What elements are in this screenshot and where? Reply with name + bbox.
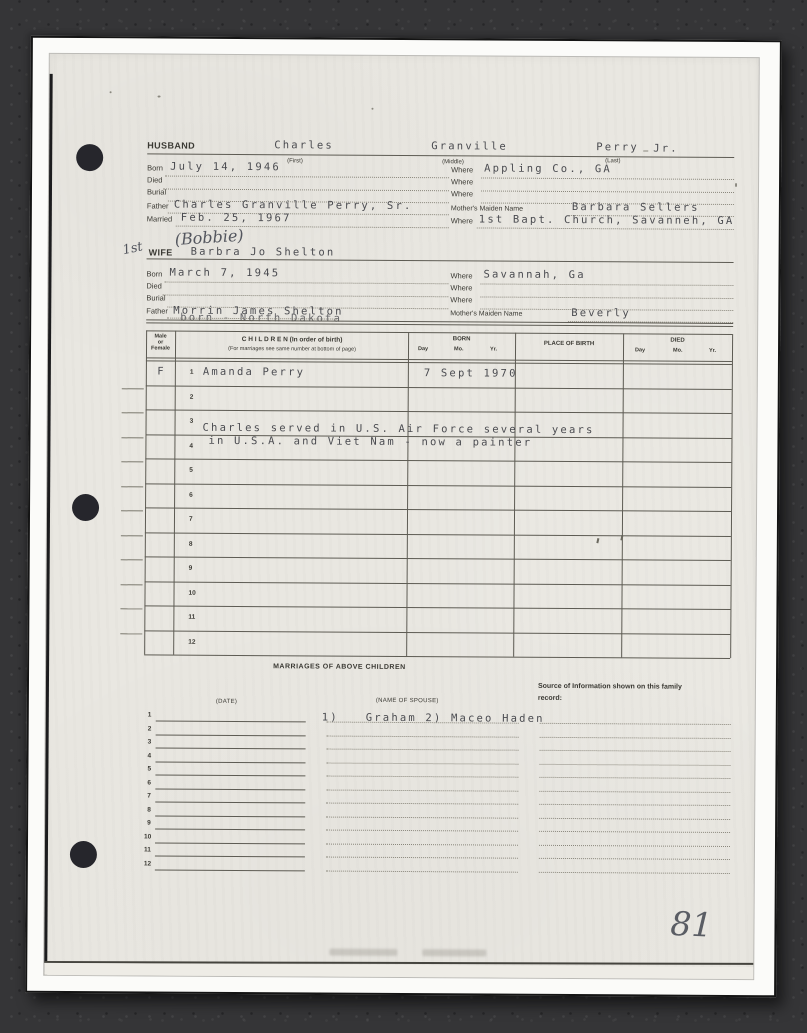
marriage-date-line <box>155 801 305 803</box>
child-row-number: 1 <box>190 370 194 377</box>
marriage-date-line <box>155 828 305 830</box>
marriage-row-number: 2 <box>148 726 152 733</box>
marriage-date-line <box>155 774 305 776</box>
marriage-row-number: 12 <box>144 861 151 868</box>
marriage-row-number: 5 <box>147 766 151 773</box>
marriages-section-title: MARRIAGES OF ABOVE CHILDREN <box>273 663 406 671</box>
husband-born-label: Born <box>147 164 163 172</box>
marriage-source-line <box>539 804 730 806</box>
wife-name: Barbra Jo Shelton <box>191 247 336 259</box>
born-column-header: BORN <box>408 336 515 343</box>
marriage-source-line <box>539 817 730 819</box>
wife-born-label: Born <box>146 270 162 278</box>
child-row-number: 4 <box>189 443 193 450</box>
row-left-dash <box>121 437 143 438</box>
marriage-date-line <box>155 788 305 790</box>
child-born-date: 7 Sept 1970 <box>424 368 518 380</box>
child-row-number: 7 <box>189 517 193 524</box>
rule <box>165 176 449 179</box>
handwritten-page-number: 81 <box>670 907 713 942</box>
child-row-number: 5 <box>189 468 193 475</box>
child-row-number: 3 <box>190 419 194 426</box>
child-row-line <box>145 556 731 561</box>
marriage-date-line <box>155 855 305 857</box>
marriage-date-line <box>156 747 306 749</box>
wife-section-label: WIFE <box>149 248 173 257</box>
handwritten-first-marriage-note: 1st <box>122 240 144 257</box>
scan-edge-strip <box>44 74 53 975</box>
rule <box>163 189 449 192</box>
row-left-dash <box>120 633 142 634</box>
children-column-header: C H I L D R E N (In order of birth) <box>176 337 408 345</box>
paper-speck <box>371 108 373 110</box>
husband-burial-where-label: Where <box>451 190 473 198</box>
marriage-row-number: 6 <box>147 780 151 787</box>
wife-father-label: Father <box>146 307 168 315</box>
marriage-spouse-line <box>326 803 518 805</box>
marriage-source-line <box>539 777 730 779</box>
marriage-spouse-line <box>326 816 518 818</box>
source-of-information-label: Source of Information shown on this fami… <box>538 683 682 691</box>
marriage-source-line <box>539 871 730 873</box>
table-top-border <box>146 330 732 335</box>
died-year-subheader: Yr. <box>709 349 716 355</box>
husband-married-where-label: Where <box>451 217 473 225</box>
husband-died-label: Died <box>147 176 162 184</box>
wife-born-where-label: Where <box>450 272 472 280</box>
hole-punch-middle <box>72 494 99 521</box>
husband-born-where-label: Where <box>451 166 473 174</box>
marriage-date-line <box>155 815 305 817</box>
husband-married-label: Married <box>147 215 172 223</box>
marriage-row-number: 11 <box>144 847 151 854</box>
stray-mark <box>596 538 599 543</box>
wife-born-date: March 7, 1945 <box>169 268 280 280</box>
born-month-subheader: Mo. <box>454 347 464 353</box>
row-left-dash <box>121 559 143 560</box>
marriage-source-line <box>539 858 730 860</box>
sex-column-header: Female <box>146 346 175 352</box>
marriage-row-number: 3 <box>148 739 152 746</box>
marriage-source-line <box>540 750 731 752</box>
child-row-line <box>144 654 730 659</box>
child-row-number: 2 <box>190 394 194 401</box>
wife-born-where: Savannah, Ga <box>483 269 585 281</box>
husband-name-line <box>147 153 734 158</box>
died-day-subheader: Day <box>635 348 645 354</box>
family-record-page: HUSBAND Charles Granville Perry Jr. (Fir… <box>44 54 759 979</box>
scanner-backing-strip <box>44 963 753 979</box>
marriage-row-number: 4 <box>148 753 152 760</box>
marriage-row-number: 10 <box>144 834 151 841</box>
marriage-source-line <box>539 844 730 846</box>
child-row-number: 8 <box>189 541 193 548</box>
child-row-number: 6 <box>189 492 193 499</box>
rule <box>164 282 448 285</box>
marriage-source-line <box>540 736 731 738</box>
marriage-spouse-line <box>326 830 518 832</box>
rule <box>162 295 448 298</box>
born-day-subheader: Day <box>418 347 428 353</box>
child-row-line <box>145 483 731 488</box>
hole-punch-top <box>76 144 103 171</box>
marriage-source-line <box>540 723 731 725</box>
child-row-line <box>144 605 730 610</box>
marriage-row-number: 9 <box>147 820 151 827</box>
husband-born-date: July 14, 1946 <box>170 162 281 174</box>
table-column-line <box>730 334 733 658</box>
row-left-dash <box>122 388 144 389</box>
children-table: Male or Female C H I L D R E N (In order… <box>144 330 732 658</box>
bleed-through-smudge <box>329 949 397 956</box>
row-left-dash <box>121 510 143 511</box>
source-of-information-label: record: <box>538 695 562 702</box>
marriage-date-line <box>155 869 305 871</box>
husband-section-label: HUSBAND <box>147 141 195 150</box>
marriage-row-number: 8 <box>147 807 151 814</box>
spouse-column-caption: (NAME OF SPOUSE) <box>376 698 439 704</box>
husband-suffix: Jr. <box>653 144 679 156</box>
row-left-dash <box>120 608 142 609</box>
child-row-number: 12 <box>188 639 195 646</box>
husband-last-name: Perry <box>596 142 639 154</box>
wife-mother-label: Mother's Maiden Name <box>450 310 522 317</box>
husband-born-where: Appling Co., GA <box>484 163 612 175</box>
wife-name-line <box>147 258 734 263</box>
child-sex: F <box>146 366 175 378</box>
rule <box>480 283 733 286</box>
wife-burial-label: Burial <box>146 294 165 302</box>
marriage-spouse-line <box>327 735 519 737</box>
child-row-line <box>144 630 730 635</box>
marriage-spouse-line <box>327 749 519 751</box>
child-row-number: 10 <box>189 590 196 597</box>
husband-first-name: Charles <box>274 140 334 152</box>
child-row-line <box>145 458 731 463</box>
row-left-dash <box>121 584 143 585</box>
marriage-spouse-line <box>326 857 518 859</box>
rule <box>481 190 734 193</box>
paper-speck <box>158 95 161 97</box>
child-row-line <box>145 507 731 512</box>
marriage-spouse-line <box>326 870 518 872</box>
wife-burial-where-label: Where <box>450 296 472 304</box>
child-row-line <box>145 532 731 537</box>
wife-mother-name: Beverly <box>571 308 631 320</box>
rule <box>481 177 734 180</box>
marriage-date-line <box>156 720 306 722</box>
child-name: Amanda Perry <box>203 367 305 379</box>
child-row-line <box>145 581 731 586</box>
row-left-dash <box>122 412 144 413</box>
child-row-line <box>146 385 732 390</box>
died-column-header: DIED <box>623 337 732 344</box>
row-left-dash <box>121 535 143 536</box>
child-row-number: 11 <box>188 615 195 622</box>
rule <box>480 296 733 299</box>
husband-married-where: 1st Bapt. Church, Savanneh, GA <box>479 214 735 227</box>
children-column-subheader: (For marriages see same number at bottom… <box>176 347 408 354</box>
wife-died-label: Died <box>146 282 161 290</box>
marriage-source-line <box>539 763 730 765</box>
died-month-subheader: Mo. <box>673 349 683 355</box>
child-row-number: 9 <box>189 566 193 573</box>
children-note-line2: in U.S.A. and Viet Nam - now a painter <box>208 436 532 450</box>
marriage-source-line <box>539 790 730 792</box>
hole-punch-bottom <box>70 841 97 868</box>
place-of-birth-column-header: PLACE OF BIRTH <box>515 341 623 348</box>
husband-died-where-label: Where <box>451 178 473 186</box>
marriage-spouse-line <box>326 762 518 764</box>
husband-mother-name: Barbara Sellers <box>572 202 700 214</box>
row-left-dash <box>121 486 143 487</box>
marriage-row-number: 7 <box>147 793 151 800</box>
husband-father-name: Charles Granville Perry, Sr. <box>174 200 413 213</box>
husband-married-date: Feb. 25, 1967 <box>181 213 292 225</box>
stray-mark <box>620 535 623 540</box>
paper-speck <box>110 91 112 93</box>
marriage-date-line <box>156 734 306 736</box>
child-row-line <box>146 409 732 414</box>
marriage-date-line <box>155 761 305 763</box>
born-year-subheader: Yr. <box>490 348 497 354</box>
desk-background: { "husband": { "section_label": "HUSBAND… <box>0 0 807 1033</box>
husband-mother-label: Mother's Maiden Name <box>451 205 523 212</box>
marriage-source-line <box>539 831 730 833</box>
husband-middle-name: Granville <box>431 141 508 153</box>
date-column-caption: (DATE) <box>216 699 237 705</box>
marriage-spouse-line <box>326 776 518 778</box>
marriage-spouse-line <box>326 789 518 791</box>
marriage-spouse-line <box>326 843 518 845</box>
paper-speck <box>735 183 737 187</box>
husband-burial-label: Burial <box>147 188 166 196</box>
paper-speck <box>643 150 648 151</box>
husband-father-label: Father <box>147 202 169 210</box>
marriage-date-line <box>155 842 305 844</box>
bleed-through-smudge <box>422 949 486 956</box>
scanned-photo-frame: HUSBAND Charles Granville Perry Jr. (Fir… <box>25 36 782 998</box>
marriage-row-number: 1 <box>148 712 152 719</box>
rule <box>477 227 734 230</box>
row-left-dash <box>121 461 143 462</box>
wife-died-where-label: Where <box>450 284 472 292</box>
first-caption: (First) <box>287 158 303 164</box>
